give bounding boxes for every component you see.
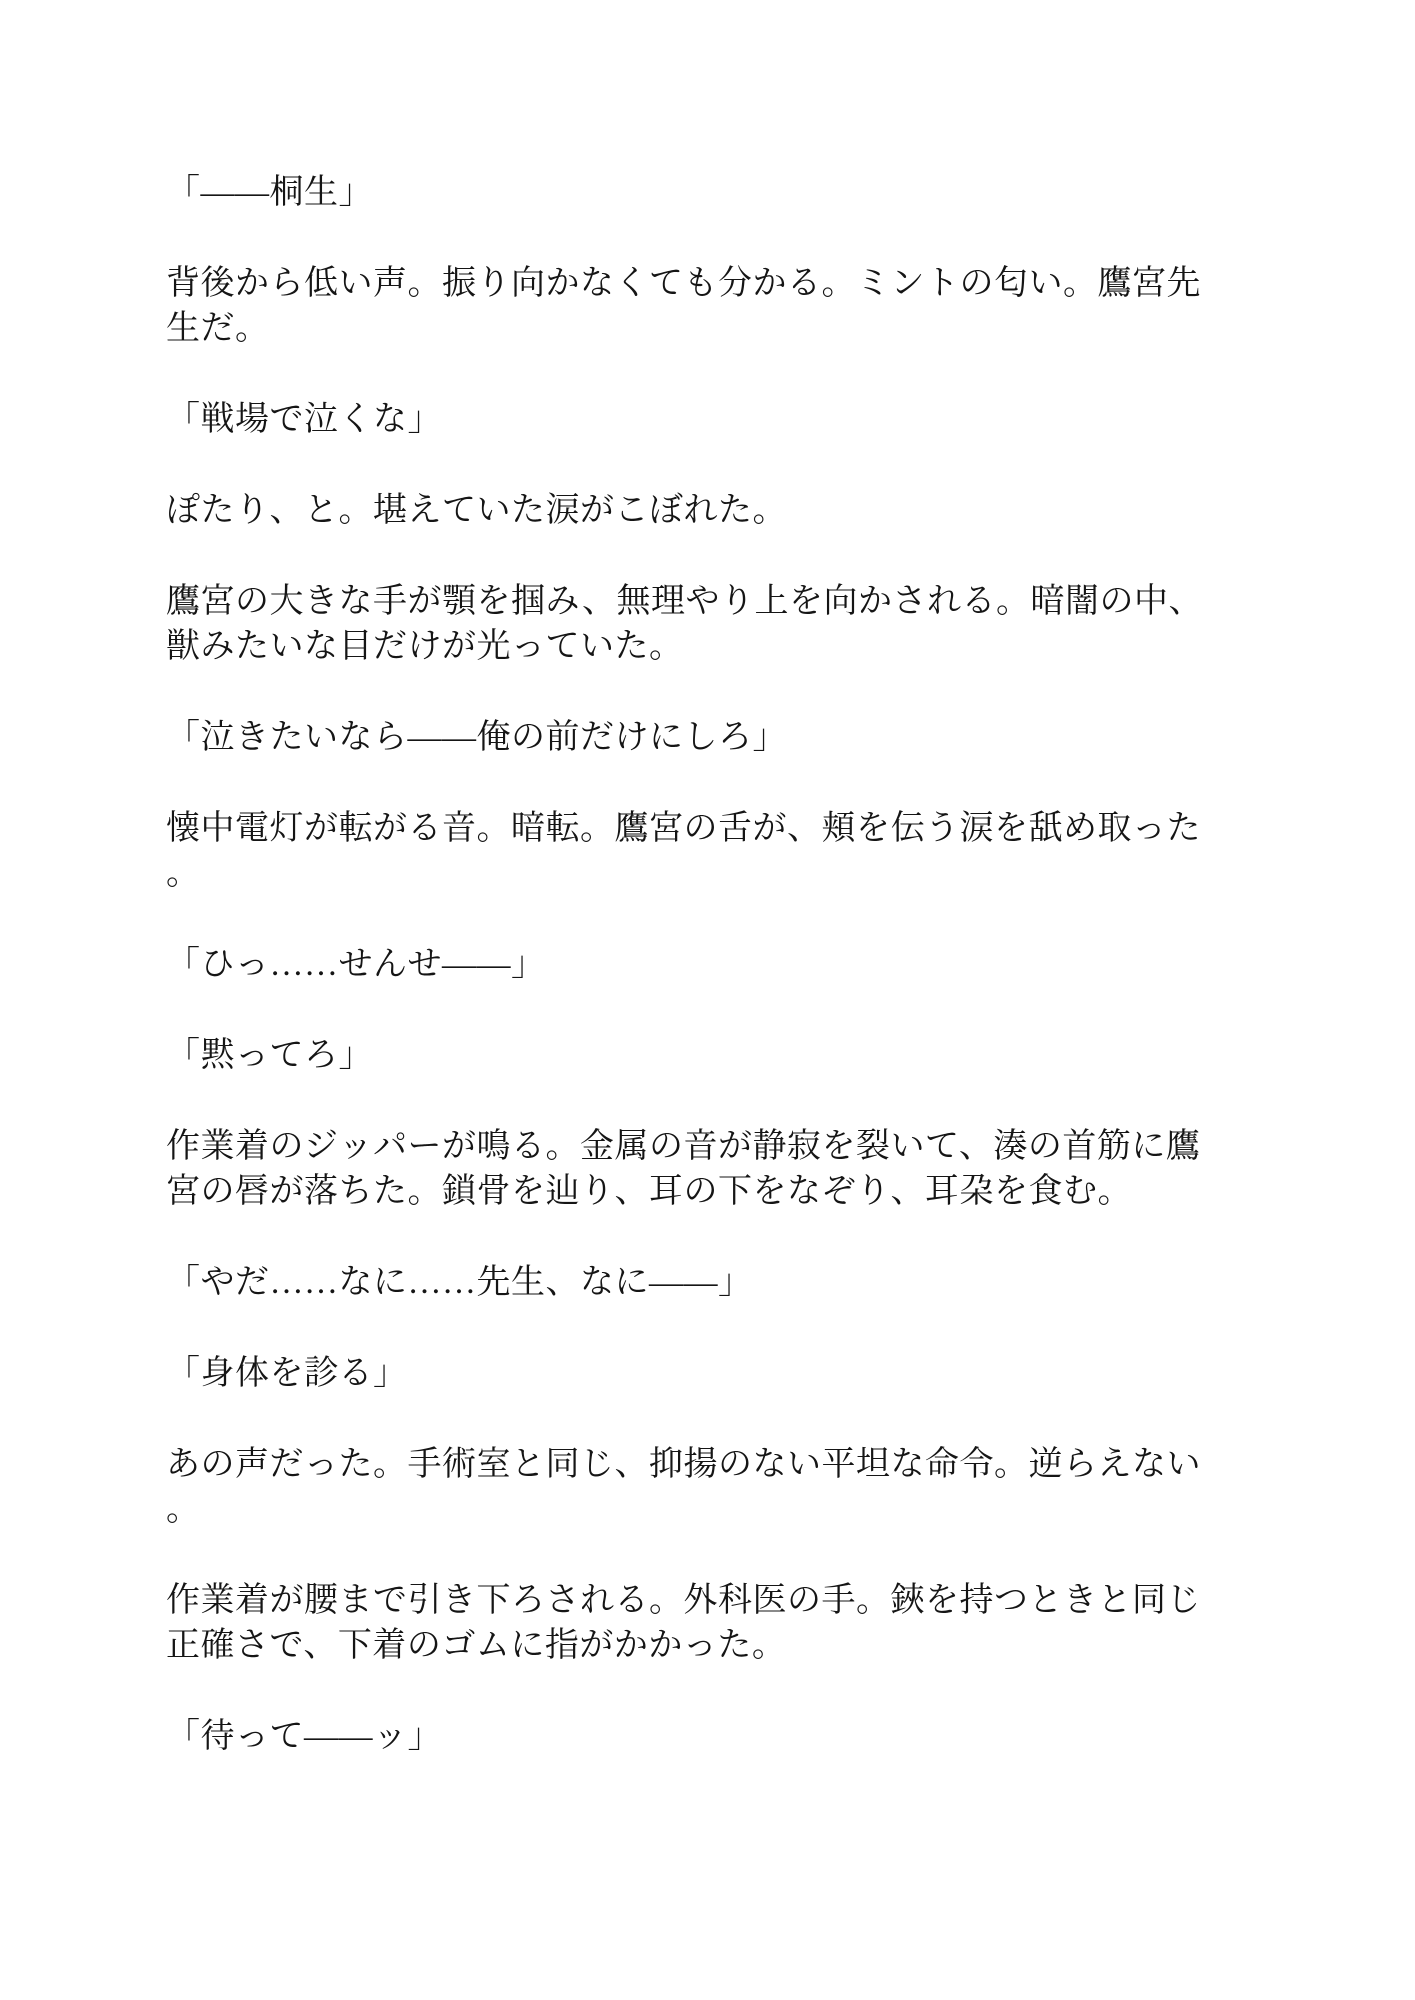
text-line: 「戦場で泣くな」 — [166, 397, 1240, 442]
text-line: 「――桐生」 — [166, 170, 1240, 215]
paragraph-dialogue: 「ひっ……せんせ――」 — [166, 942, 1240, 987]
paragraph-narration: 鷹宮の大きな手が顎を掴み、無理やり上を向かされる。暗闇の中、獣みたいな目だけが光… — [166, 579, 1240, 669]
text-line: 作業着のジッパーが鳴る。金属の音が静寂を裂いて、湊の首筋に鷹 — [166, 1124, 1240, 1169]
text-line: 鷹宮の大きな手が顎を掴み、無理やり上を向かされる。暗闇の中、 — [166, 579, 1240, 624]
paragraph-dialogue: 「泣きたいなら――俺の前だけにしろ」 — [166, 715, 1240, 760]
text-line: 。 — [166, 851, 1240, 896]
text-line: あの声だった。手術室と同じ、抑揚のない平坦な命令。逆らえない — [166, 1442, 1240, 1487]
paragraph-dialogue: 「待って――ッ」 — [166, 1714, 1240, 1759]
paragraph-dialogue: 「黙ってろ」 — [166, 1033, 1240, 1078]
story-text: 「――桐生」背後から低い声。振り向かなくても分かる。ミントの匂い。鷹宮先生だ。「… — [166, 170, 1240, 1759]
text-line: ぽたり、と。堪えていた涙がこぼれた。 — [166, 488, 1240, 533]
paragraph-narration: 懐中電灯が転がる音。暗転。鷹宮の舌が、頬を伝う涙を舐め取った。 — [166, 806, 1240, 896]
text-line: 「やだ……なに……先生、なに――」 — [166, 1260, 1240, 1305]
document-page: 「――桐生」背後から低い声。振り向かなくても分かる。ミントの匂い。鷹宮先生だ。「… — [0, 0, 1415, 2000]
text-line: 獣みたいな目だけが光っていた。 — [166, 624, 1240, 669]
text-line: 「ひっ……せんせ――」 — [166, 942, 1240, 987]
text-line: 宮の唇が落ちた。鎖骨を辿り、耳の下をなぞり、耳朶を食む。 — [166, 1169, 1240, 1214]
text-line: 生だ。 — [166, 306, 1240, 351]
paragraph-narration: 背後から低い声。振り向かなくても分かる。ミントの匂い。鷹宮先生だ。 — [166, 261, 1240, 351]
paragraph-dialogue: 「身体を診る」 — [166, 1351, 1240, 1396]
paragraph-narration: あの声だった。手術室と同じ、抑揚のない平坦な命令。逆らえない。 — [166, 1442, 1240, 1532]
paragraph-dialogue: 「――桐生」 — [166, 170, 1240, 215]
paragraph-narration: 作業着が腰まで引き下ろされる。外科医の手。鋏を持つときと同じ正確さで、下着のゴム… — [166, 1578, 1240, 1668]
text-line: 背後から低い声。振り向かなくても分かる。ミントの匂い。鷹宮先 — [166, 261, 1240, 306]
text-line: 作業着が腰まで引き下ろされる。外科医の手。鋏を持つときと同じ — [166, 1578, 1240, 1623]
paragraph-narration: ぽたり、と。堪えていた涙がこぼれた。 — [166, 488, 1240, 533]
paragraph-dialogue: 「やだ……なに……先生、なに――」 — [166, 1260, 1240, 1305]
text-line: 「身体を診る」 — [166, 1351, 1240, 1396]
text-line: 正確さで、下着のゴムに指がかかった。 — [166, 1623, 1240, 1668]
text-line: 懐中電灯が転がる音。暗転。鷹宮の舌が、頬を伝う涙を舐め取った — [166, 806, 1240, 851]
text-line: 。 — [166, 1487, 1240, 1532]
paragraph-narration: 作業着のジッパーが鳴る。金属の音が静寂を裂いて、湊の首筋に鷹宮の唇が落ちた。鎖骨… — [166, 1124, 1240, 1214]
paragraph-dialogue: 「戦場で泣くな」 — [166, 397, 1240, 442]
text-line: 「泣きたいなら――俺の前だけにしろ」 — [166, 715, 1240, 760]
text-line: 「待って――ッ」 — [166, 1714, 1240, 1759]
text-line: 「黙ってろ」 — [166, 1033, 1240, 1078]
